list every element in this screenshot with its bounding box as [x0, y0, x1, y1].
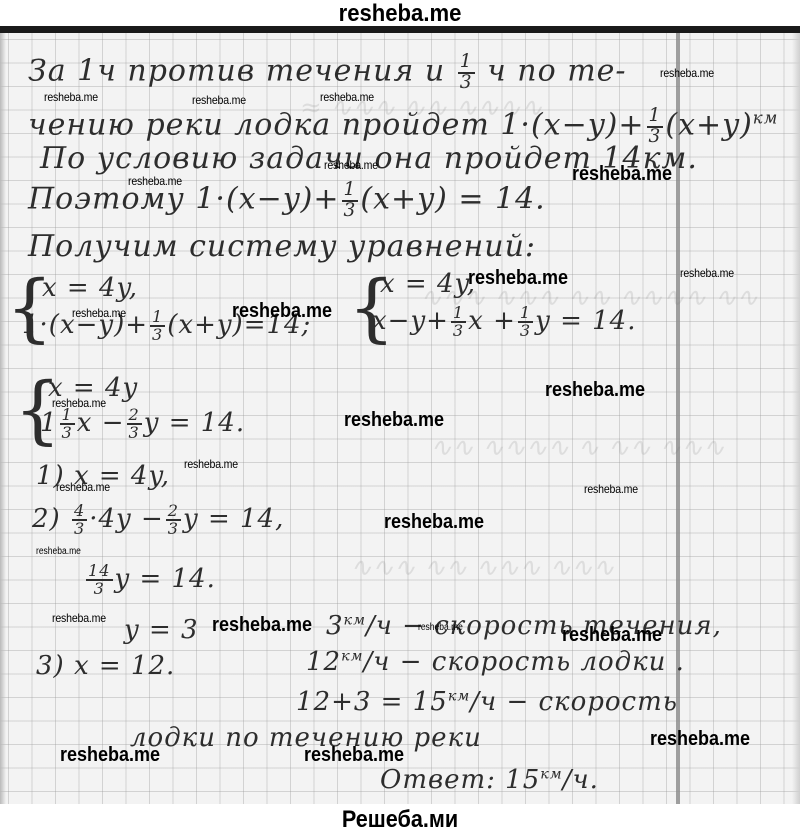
watermark: resheba.me [184, 457, 238, 471]
watermark: resheba.me [52, 396, 106, 410]
watermark: resheba.me [324, 158, 378, 172]
system1-eq1: x = 4y, [42, 273, 138, 303]
watermark: resheba.me [44, 90, 98, 104]
current-speed-line: 3км/ч − скорость течения, [326, 611, 722, 641]
site-header-watermark: resheba.me [32, 0, 768, 26]
solution-line-1: За 1ч против течения и 13 ч по те- [28, 53, 627, 92]
watermark: resheba.me [660, 66, 714, 80]
watermark: resheba.me [212, 614, 312, 637]
system2-eq1: x = 4y, [380, 269, 476, 299]
bleed-through-text: ∿∿∿ ∿∿ ∿∿∿ ∿∿∿ [350, 553, 614, 583]
watermark: resheba.me [572, 163, 672, 186]
watermark: resheba.me [384, 511, 484, 534]
watermark: resheba.me [584, 482, 638, 496]
watermark: resheba.me [52, 611, 106, 625]
answer-line: Ответ: 15км/ч. [380, 765, 599, 795]
watermark: resheba.me [72, 306, 126, 320]
downstream-speed-line: 12+3 = 15км/ч − скорость [296, 687, 678, 717]
watermark: resheba.me [36, 546, 81, 557]
step-2: 2) 43·4y −23y = 14, [32, 503, 284, 537]
solution-line-5: Получим систему уравнений: [28, 229, 536, 264]
watermark: resheba.me [232, 300, 332, 323]
watermark: resheba.me [468, 267, 568, 290]
system3-eq2: 113x −23y = 14. [40, 407, 245, 441]
step-2c: y = 3 [124, 615, 199, 645]
step-2b: 143y = 14. [84, 563, 216, 597]
watermark: resheba.me [418, 622, 463, 633]
step-3: 3) x = 12. [36, 651, 175, 681]
watermark: resheba.me [60, 744, 160, 767]
bleed-through-text: ∿∿ ∿∿∿∿ ∿ ∿∿ ∿∿∿ [430, 433, 724, 463]
watermark: resheba.me [680, 266, 734, 280]
watermark: resheba.me [344, 409, 444, 432]
watermark: resheba.me [56, 480, 110, 494]
watermark: resheba.me [650, 728, 750, 751]
watermark: resheba.me [562, 624, 662, 647]
watermark: resheba.me [304, 744, 404, 767]
site-footer-watermark: Решеба.ми [40, 804, 760, 833]
watermark: resheba.me [320, 90, 374, 104]
watermark: resheba.me [128, 174, 182, 188]
watermark: resheba.me [192, 93, 246, 107]
solution-line-4: Поэтому 1·(x−y)+13(x+y) = 14. [28, 181, 546, 220]
boat-speed-line: 12км/ч − скорость лодки . [306, 647, 685, 677]
watermark: resheba.me [545, 379, 645, 402]
system2-eq2: x−y+13x +13y = 14. [372, 305, 637, 339]
